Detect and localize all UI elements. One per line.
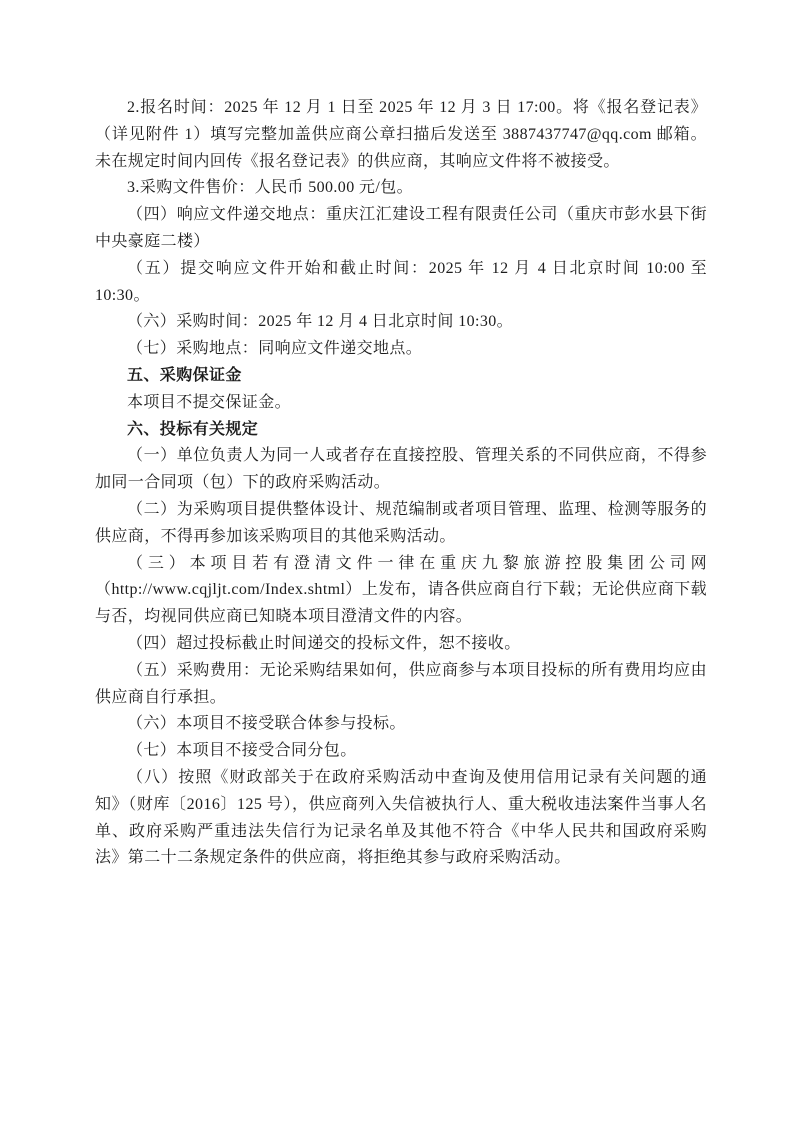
document-text-block: 2.报名时间：2025 年 12 月 1 日至 2025 年 12 月 3 日 … <box>95 95 707 872</box>
paragraph-registration-time: 2.报名时间：2025 年 12 月 1 日至 2025 年 12 月 3 日 … <box>95 95 707 175</box>
document-page: 2.报名时间：2025 年 12 月 1 日至 2025 年 12 月 3 日 … <box>0 0 793 1122</box>
paragraph-rule-late-submission: （四）超过投标截止时间递交的投标文件，恕不接收。 <box>95 631 707 658</box>
paragraph-rule-credit-records: （八）按照《财政部关于在政府采购活动中查询及使用信用记录有关问题的通知》（财库〔… <box>95 765 707 872</box>
paragraph-document-price: 3.采购文件售价：人民币 500.00 元/包。 <box>95 175 707 202</box>
paragraph-rule-costs: （五）采购费用：无论采购结果如何，供应商参与本项目投标的所有费用均应由供应商自行… <box>95 658 707 712</box>
heading-bidding-rules: 六、投标有关规定 <box>95 417 707 444</box>
paragraph-deposit-statement: 本项目不提交保证金。 <box>95 390 707 417</box>
paragraph-rule-no-consortium: （六）本项目不接受联合体参与投标。 <box>95 711 707 738</box>
paragraph-procurement-place: （七）采购地点：同响应文件递交地点。 <box>95 336 707 363</box>
paragraph-rule-clarification: （三）本项目若有澄清文件一律在重庆九黎旅游控股集团公司网（http://www.… <box>95 551 707 631</box>
paragraph-rule-design-provider: （二）为采购项目提供整体设计、规范编制或者项目管理、监理、检测等服务的供应商，不… <box>95 497 707 551</box>
heading-procurement-deposit: 五、采购保证金 <box>95 363 707 390</box>
paragraph-submission-time: （五）提交响应文件开始和截止时间：2025 年 12 月 4 日北京时间 10:… <box>95 256 707 310</box>
paragraph-procurement-time: （六）采购时间：2025 年 12 月 4 日北京时间 10:30。 <box>95 309 707 336</box>
paragraph-rule-no-subcontract: （七）本项目不接受合同分包。 <box>95 738 707 765</box>
paragraph-rule-same-person: （一）单位负责人为同一人或者存在直接控股、管理关系的不同供应商，不得参加同一合同… <box>95 443 707 497</box>
paragraph-submission-place: （四）响应文件递交地点：重庆江汇建设工程有限责任公司（重庆市彭水县下街中央豪庭二… <box>95 202 707 256</box>
